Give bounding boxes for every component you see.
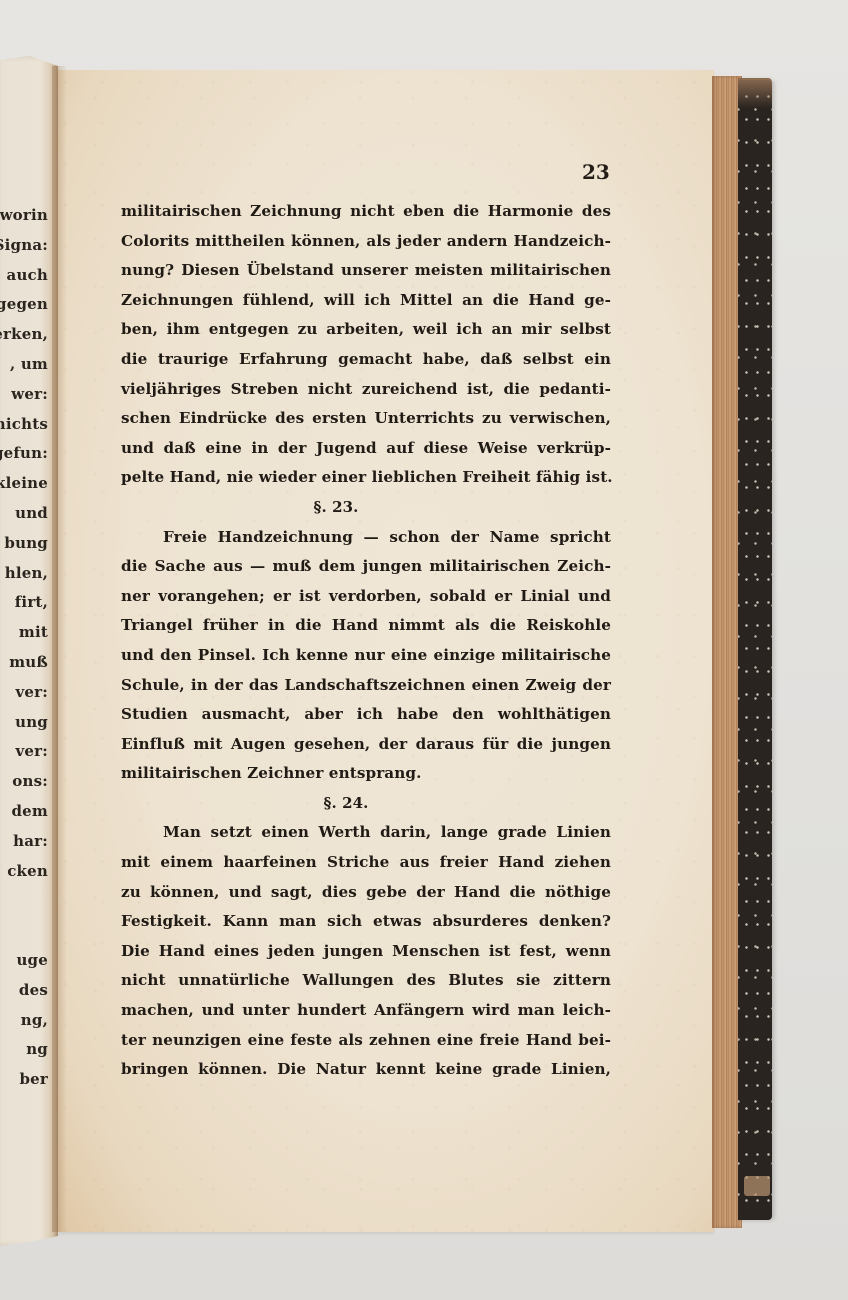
left-line: wer: bbox=[0, 380, 48, 410]
text-line: militairischen Zeichnung nicht eben die … bbox=[121, 197, 611, 227]
left-line: worin bbox=[0, 201, 48, 231]
cover-wear-bottom bbox=[744, 1176, 770, 1196]
left-line: , um bbox=[0, 350, 48, 380]
text-line: und den Pinsel. Ich kenne nur eine einzi… bbox=[121, 641, 611, 671]
left-line: bung bbox=[0, 529, 48, 559]
text-line: die Sache aus — muß dem jungen militairi… bbox=[121, 552, 611, 582]
text-line: Man setzt einen Werth darin, lange grade… bbox=[121, 818, 611, 848]
back-cover bbox=[738, 80, 772, 1220]
text-line: Colorits mittheilen können, als jeder an… bbox=[121, 227, 611, 257]
text-line: zu können, und sagt, dies gebe der Hand … bbox=[121, 878, 611, 908]
page-number: 23 bbox=[582, 160, 610, 184]
page-body: militairischen Zeichnung nicht eben die … bbox=[121, 197, 611, 1085]
book-gutter-shadow bbox=[52, 66, 66, 1232]
left-page: worin Signa: auch gegen erken, , um wer:… bbox=[0, 56, 58, 1246]
left-line: kleine bbox=[0, 469, 48, 499]
section-heading-24: §. 24. bbox=[121, 789, 611, 819]
cover-wear-top bbox=[738, 78, 772, 108]
left-line: ons: bbox=[0, 767, 48, 797]
left-line: muß bbox=[0, 648, 48, 678]
left-page-text-fragments: worin Signa: auch gegen erken, , um wer:… bbox=[0, 201, 48, 1095]
left-line: ng bbox=[0, 1035, 48, 1065]
left-line-blank bbox=[0, 916, 48, 946]
left-line: firt, bbox=[0, 588, 48, 618]
text-line: mit einem haarfeinen Striche aus freier … bbox=[121, 848, 611, 878]
left-line: ng, bbox=[0, 1006, 48, 1036]
left-line: gegen bbox=[0, 290, 48, 320]
left-line: erken, bbox=[0, 320, 48, 350]
text-line: ter neunzigen eine feste als zehnen eine… bbox=[121, 1026, 611, 1056]
left-line: hlen, bbox=[0, 559, 48, 589]
text-line: pelte Hand, nie wieder einer lieblichen … bbox=[121, 463, 611, 493]
left-line: ung bbox=[0, 708, 48, 738]
left-line: dem bbox=[0, 797, 48, 827]
left-line: ver: bbox=[0, 678, 48, 708]
left-line: gefun: bbox=[0, 439, 48, 469]
left-line: ver: bbox=[0, 737, 48, 767]
text-line: Freie Handzeichnung — schon der Name spr… bbox=[121, 523, 611, 553]
text-line: Studien ausmacht, aber ich habe den wohl… bbox=[121, 700, 611, 730]
text-line: nicht unnatürliche Wallungen des Blutes … bbox=[121, 966, 611, 996]
left-line: nichts bbox=[0, 410, 48, 440]
text-line: machen, und unter hundert Anfängern wird… bbox=[121, 996, 611, 1026]
text-line: Zeichnungen fühlend, will ich Mittel an … bbox=[121, 286, 611, 316]
text-line: die traurige Erfahrung gemacht habe, daß… bbox=[121, 345, 611, 375]
text-line: Schule, in der das Landschaftszeichnen e… bbox=[121, 671, 611, 701]
text-line: Triangel früher in die Hand nimmt als di… bbox=[121, 611, 611, 641]
left-line: uge bbox=[0, 946, 48, 976]
left-line: auch bbox=[0, 261, 48, 291]
left-line: har: bbox=[0, 827, 48, 857]
text-line: Festigkeit. Kann man sich etwas absurder… bbox=[121, 907, 611, 937]
section-heading-23: §. 23. bbox=[121, 493, 611, 523]
left-line: ber bbox=[0, 1065, 48, 1095]
text-line: bringen können. Die Natur kennt keine gr… bbox=[121, 1055, 611, 1085]
left-line-blank bbox=[0, 886, 48, 916]
text-line: und daß eine in der Jugend auf diese Wei… bbox=[121, 434, 611, 464]
text-line: Die Hand eines jeden jungen Menschen ist… bbox=[121, 937, 611, 967]
left-line: mit bbox=[0, 618, 48, 648]
text-line: militairischen Zeichner entsprang. bbox=[121, 759, 611, 789]
text-line: schen Eindrücke des ersten Unterrichts z… bbox=[121, 404, 611, 434]
text-line: vieljähriges Streben nicht zureichend is… bbox=[121, 375, 611, 405]
text-line: nung? Diesen Übelstand unserer meisten m… bbox=[121, 256, 611, 286]
text-line: ben, ihm entgegen zu arbeiten, weil ich … bbox=[121, 315, 611, 345]
text-line: ner vorangehen; er ist verdorben, sobald… bbox=[121, 582, 611, 612]
left-line: cken bbox=[0, 857, 48, 887]
left-line: des bbox=[0, 976, 48, 1006]
text-line: Einfluß mit Augen gesehen, der daraus fü… bbox=[121, 730, 611, 760]
left-line: Signa: bbox=[0, 231, 48, 261]
left-line: und bbox=[0, 499, 48, 529]
